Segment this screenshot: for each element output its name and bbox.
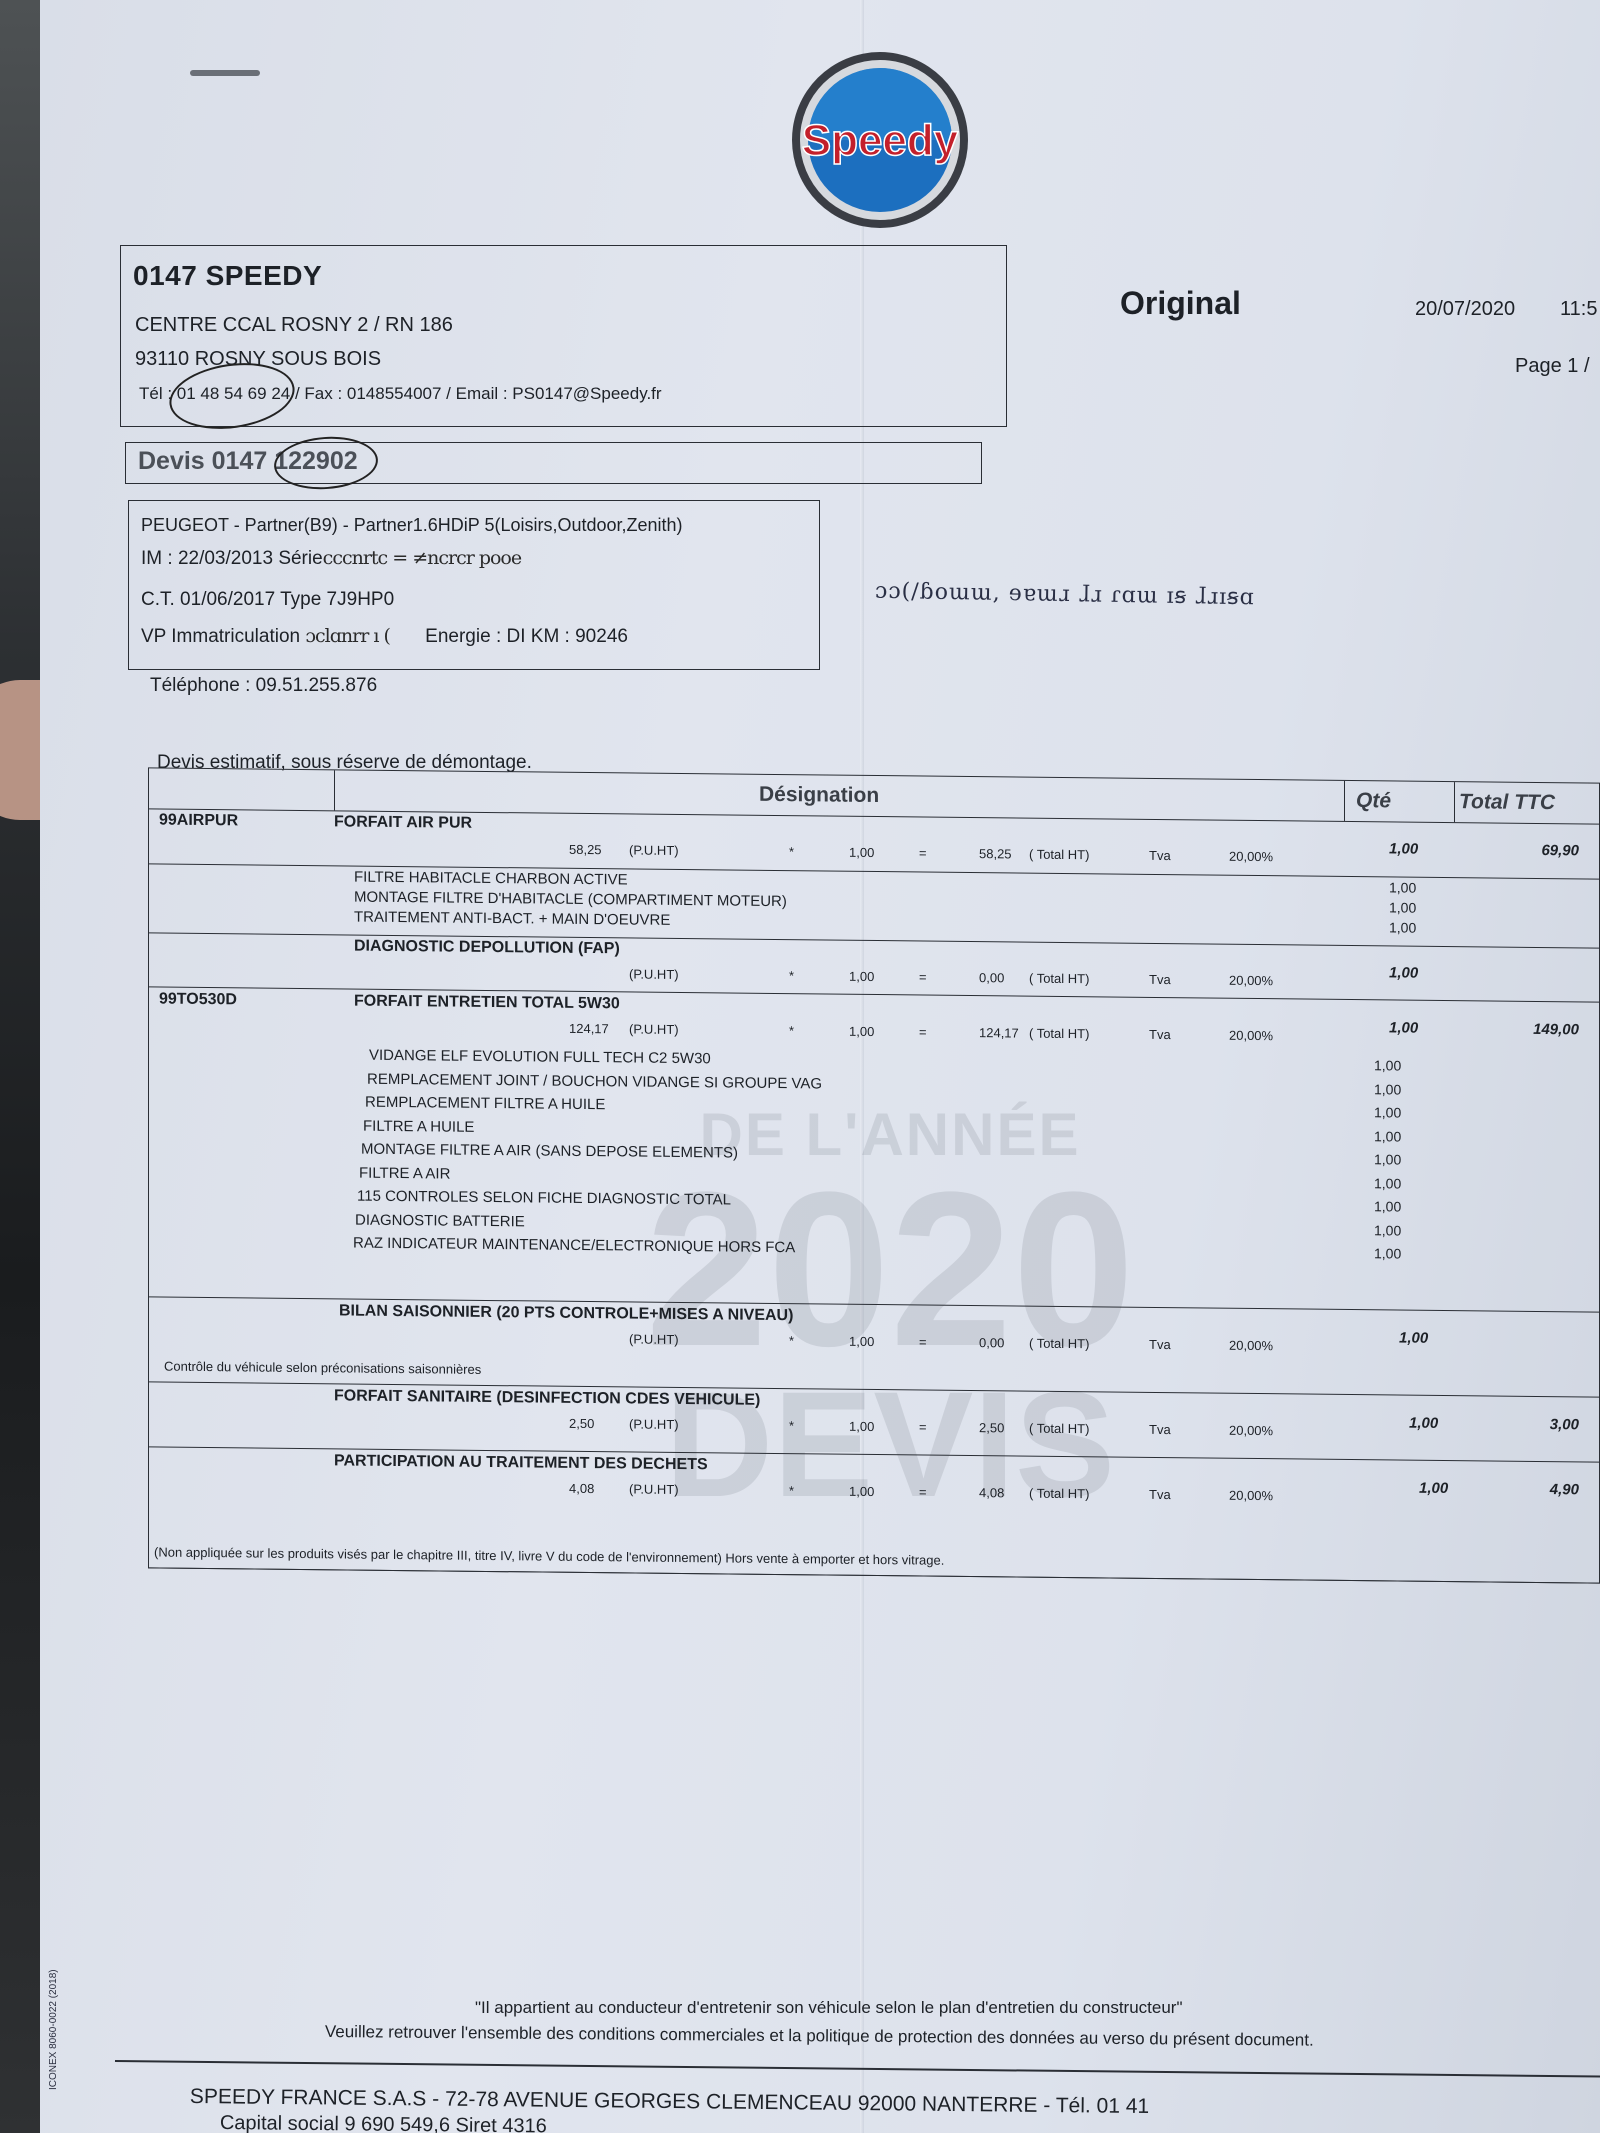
calc-tva-label: Tva — [1149, 1487, 1171, 1502]
calc-total-ht-label: ( Total HT) — [1029, 847, 1089, 863]
calc-mult-qty: 1,00 — [849, 1484, 874, 1499]
calc-eq: = — [919, 845, 927, 860]
table-row: BILAN SAISONNIER (20 PTS CONTROLE+MISES … — [149, 1296, 1599, 1397]
calc-eq: = — [919, 1334, 927, 1349]
sub-item-label: VIDANGE ELF EVOLUTION FULL TECH C2 5W30 — [369, 1047, 711, 1068]
calc-eq: = — [919, 1024, 927, 1039]
calc-total-ht: 0,00 — [979, 970, 1004, 985]
shop-name: 0147 SPEEDY — [133, 260, 322, 292]
sub-item-label: TRAITEMENT ANTI-BACT. + MAIN D'OEUVRE — [354, 909, 670, 929]
calc-total-ht-label: ( Total HT) — [1029, 1486, 1089, 1502]
item-total-ttc: 3,00 — [1499, 1416, 1579, 1434]
pen-circle-devis — [272, 433, 379, 492]
calc-eq: = — [919, 1419, 927, 1434]
calc-tva: 20,00% — [1229, 1028, 1273, 1043]
item-qty: 1,00 — [1389, 840, 1418, 857]
item-code: 99TO530D — [159, 991, 237, 1010]
calc-tva: 20,00% — [1229, 1423, 1273, 1438]
col-divider — [334, 770, 335, 810]
calc-pu-ht: 124,17 — [569, 1021, 609, 1036]
item-code: 99AIRPUR — [159, 812, 238, 831]
calc-mult-qty: 1,00 — [849, 1419, 874, 1434]
calc-mult-qty: 1,00 — [849, 969, 874, 984]
page-number: Page 1 / — [1515, 355, 1590, 378]
calc-star: * — [789, 968, 794, 983]
calc-mult-qty: 1,00 — [849, 1334, 874, 1349]
vehicle-energie-km: Energie : DI KM : 90246 — [425, 626, 628, 647]
sub-item-qty: 1,00 — [1374, 1198, 1401, 1214]
vehicle-im: IM : 22/03/2013 Sériecccnrtc = ≠ncrcr po… — [141, 547, 521, 570]
footer-conditions: Veuillez retrouver l'ensemble des condit… — [325, 2022, 1314, 2051]
calc-tva-label: Tva — [1149, 1337, 1171, 1352]
sub-item-qty: 1,00 — [1374, 1175, 1401, 1191]
calc-mult-qty: 1,00 — [849, 845, 874, 860]
sub-item-qty: 1,00 — [1374, 1104, 1401, 1120]
calc-star: * — [789, 1023, 794, 1038]
calc-pu-label: (P.U.HT) — [629, 1481, 679, 1497]
sub-items-block: VIDANGE ELF EVOLUTION FULL TECH C2 5W301… — [149, 1042, 1599, 1311]
col-divider — [1454, 782, 1455, 822]
sub-item-label: REMPLACEMENT FILTRE A HUILE — [365, 1094, 605, 1114]
vehicle-model: PEUGEOT - Partner(B9) - Partner1.6HDiP 5… — [141, 515, 683, 536]
svg-text:Speedy: Speedy — [802, 116, 959, 165]
customer-telephone: Téléphone : 09.51.255.876 — [150, 675, 377, 697]
calc-tva: 20,00% — [1229, 1488, 1273, 1503]
calc-pu-label: (P.U.HT) — [629, 1021, 679, 1037]
sub-item-label: FILTRE A AIR — [359, 1164, 450, 1182]
header-total-ttc: Total TTC — [1459, 790, 1555, 815]
sub-item-label: FILTRE A HUILE — [363, 1117, 474, 1135]
footer-capital: Capital social 9 690 549,6 Siret 4316 — [220, 2112, 547, 2133]
calc-tva-label: Tva — [1149, 1422, 1171, 1437]
sub-item-qty: 1,00 — [1374, 1151, 1401, 1167]
header-qty: Qté — [1356, 789, 1391, 813]
calc-pu-ht: 2,50 — [569, 1416, 594, 1431]
calc-mult-qty: 1,00 — [849, 1024, 874, 1039]
item-label: DIAGNOSTIC DEPOLLUTION (FAP) — [354, 938, 620, 959]
item-total-ttc: 4,90 — [1499, 1481, 1579, 1499]
devis-title-box: Devis 0147 122902 — [125, 442, 982, 484]
calc-star: * — [789, 1483, 794, 1498]
item-total-ttc — [1499, 966, 1579, 967]
calc-eq: = — [919, 969, 927, 984]
col-divider — [1344, 781, 1345, 821]
item-qty: 1,00 — [1389, 1019, 1418, 1036]
sub-item-label: RAZ INDICATEUR MAINTENANCE/ELECTRONIQUE … — [353, 1235, 795, 1257]
calc-tva: 20,00% — [1229, 1338, 1273, 1353]
vehicle-immat-label: VP Immatriculation — [141, 626, 300, 647]
calc-pu-ht: 4,08 — [569, 1481, 594, 1496]
item-qty: 1,00 — [1419, 1480, 1448, 1497]
calc-pu-label: (P.U.HT) — [629, 966, 679, 982]
vehicle-immat-redacted: ɔclɑnrr ı ( — [305, 625, 390, 647]
vehicle-ct: C.T. 01/06/2017 Type 7J9HP0 — [141, 589, 394, 611]
calc-tva: 20,00% — [1229, 973, 1273, 988]
item-label: PARTICIPATION AU TRAITEMENT DES DECHETS — [334, 1452, 708, 1474]
item-total-ttc — [1499, 1331, 1579, 1332]
vehicle-im-label: IM : 22/03/2013 Série — [141, 548, 323, 569]
sub-item-label: FILTRE HABITACLE CHARBON ACTIVE — [354, 869, 628, 889]
item-total-ttc: 149,00 — [1499, 1021, 1579, 1039]
sub-item-label: MONTAGE FILTRE D'HABITACLE (COMPARTIMENT… — [354, 889, 787, 911]
vehicle-info-box: PEUGEOT - Partner(B9) - Partner1.6HDiP 5… — [128, 500, 820, 670]
sub-item-label: REMPLACEMENT JOINT / BOUCHON VIDANGE SI … — [367, 1070, 822, 1092]
item-qty: 1,00 — [1389, 964, 1418, 981]
sub-item-qty: 1,00 — [1374, 1245, 1401, 1261]
shop-info-box: 0147 SPEEDY CENTRE CCAL ROSNY 2 / RN 186… — [120, 245, 1007, 427]
footer-quote: "Il appartient au conducteur d'entreteni… — [475, 1998, 1183, 2018]
sub-item-label: DIAGNOSTIC BATTERIE — [355, 1211, 525, 1230]
item-total-ttc: 69,90 — [1499, 842, 1579, 860]
quote-table: Désignation Qté Total TTC 99AIRPURFORFAI… — [148, 767, 1598, 1612]
item-qty: 1,00 — [1409, 1415, 1438, 1432]
sub-item-qty: 1,00 — [1374, 1057, 1401, 1073]
calc-tva-label: Tva — [1149, 848, 1171, 863]
sub-item-qty: 1,00 — [1389, 919, 1416, 935]
shop-address-line1: CENTRE CCAL ROSNY 2 / RN 186 — [135, 314, 453, 337]
calc-star: * — [789, 1418, 794, 1433]
calc-tva-label: Tva — [1149, 972, 1171, 987]
copy-label: Original — [1120, 285, 1241, 322]
calc-tva-label: Tva — [1149, 1027, 1171, 1042]
calc-pu-ht: 58,25 — [569, 842, 602, 857]
item-label: FORFAIT ENTRETIEN TOTAL 5W30 — [354, 993, 620, 1014]
printer-reference: ICONEX 8060-0022 (2018) — [48, 1969, 59, 2090]
handwritten-note-redacted: ɔɔ(/ɓoɯɯ, ɘɐɯɹ ɺɹ ɾɑɯ ɪꞩ ɺɹɪꞩɑ — [875, 579, 1255, 611]
sub-item-qty: 1,00 — [1389, 879, 1416, 895]
quote-document: Speedy DE L'ANNÉE 2020 DEVIS 0147 SPEEDY… — [40, 0, 1600, 2133]
calc-star: * — [789, 1333, 794, 1348]
item-label: FORFAIT AIR PUR — [334, 813, 472, 832]
item-note: Contrôle du véhicule selon préconisation… — [164, 1359, 481, 1377]
speedy-logo-icon: Speedy — [780, 45, 980, 235]
calc-pu-label: (P.U.HT) — [629, 1331, 679, 1347]
table-row: PARTICIPATION AU TRAITEMENT DES DECHETS4… — [149, 1446, 1599, 1583]
calc-tva: 20,00% — [1229, 849, 1273, 864]
document-date: 20/07/2020 — [1415, 298, 1515, 321]
sub-item-label: 115 CONTROLES SELON FICHE DIAGNOSTIC TOT… — [357, 1188, 731, 1209]
item-label: FORFAIT SANITAIRE (DESINFECTION CDES VEH… — [334, 1387, 760, 1409]
sub-item-qty: 1,00 — [1374, 1128, 1401, 1144]
calc-total-ht: 58,25 — [979, 846, 1012, 861]
calc-pu-label: (P.U.HT) — [629, 1416, 679, 1432]
calc-total-ht: 124,17 — [979, 1025, 1019, 1040]
calc-total-ht: 0,00 — [979, 1335, 1004, 1350]
calc-total-ht: 4,08 — [979, 1485, 1004, 1500]
sub-item-label: MONTAGE FILTRE A AIR (SANS DEPOSE ELEMEN… — [361, 1141, 738, 1162]
vehicle-immat: VP Immatriculation ɔclɑnrr ı ( Energie :… — [141, 625, 628, 648]
document-time: 11:5 — [1560, 298, 1597, 321]
header-designation: Désignation — [759, 783, 879, 808]
footer-divider — [115, 2060, 1600, 2078]
calc-total-ht-label: ( Total HT) — [1029, 1026, 1089, 1042]
sub-item-qty: 1,00 — [1374, 1081, 1401, 1097]
item-note: (Non appliquée sur les produits visés pa… — [154, 1544, 944, 1567]
table-body: 99AIRPURFORFAIT AIR PUR58,25(P.U.HT)*1,0… — [148, 807, 1600, 1583]
calc-eq: = — [919, 1484, 927, 1499]
item-qty: 1,00 — [1399, 1330, 1428, 1347]
calc-star: * — [789, 844, 794, 859]
vehicle-serie-redacted: cccnrtc = ≠ncrcr pooe — [323, 547, 521, 569]
staple-mark — [190, 70, 260, 76]
calc-total-ht-label: ( Total HT) — [1029, 1336, 1089, 1352]
sub-item-qty: 1,00 — [1374, 1222, 1401, 1238]
sub-item-qty: 1,00 — [1389, 899, 1416, 915]
calc-total-ht-label: ( Total HT) — [1029, 1421, 1089, 1437]
calc-total-ht-label: ( Total HT) — [1029, 971, 1089, 987]
calc-pu-label: (P.U.HT) — [629, 842, 679, 858]
item-label: BILAN SAISONNIER (20 PTS CONTROLE+MISES … — [339, 1302, 793, 1325]
calc-total-ht: 2,50 — [979, 1420, 1004, 1435]
